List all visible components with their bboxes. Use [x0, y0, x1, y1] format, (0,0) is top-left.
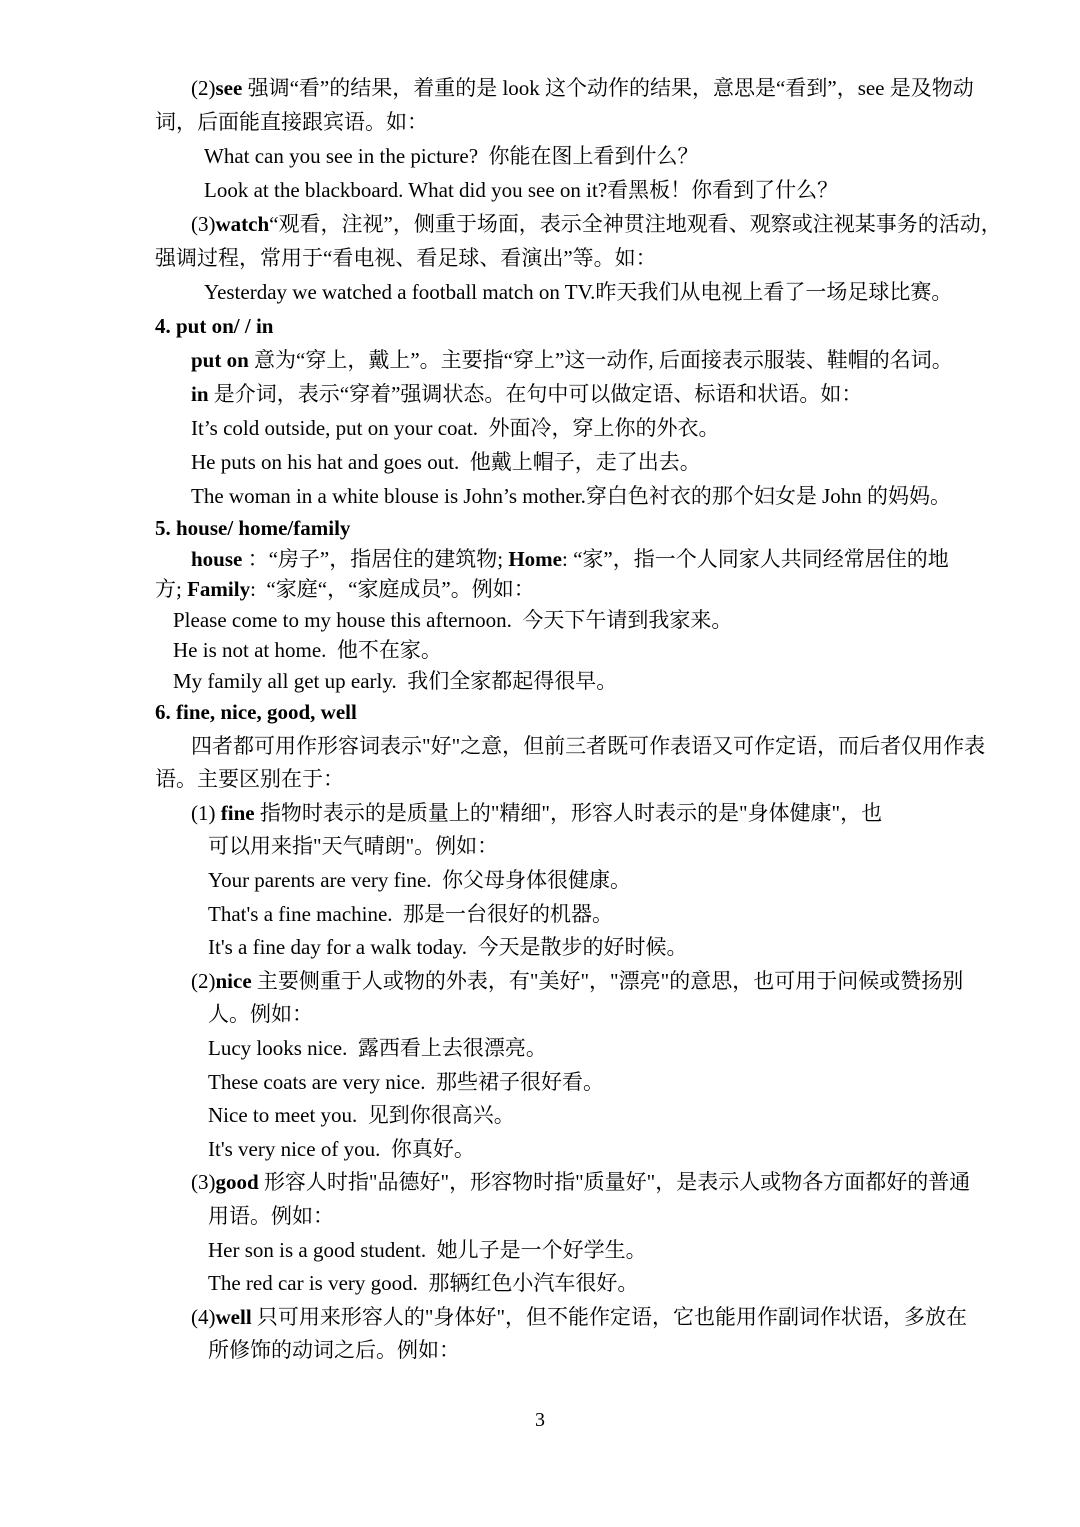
term-text: house: [191, 547, 242, 571]
body-text: 人。例如：: [208, 1002, 313, 1026]
body-text: Please come to my house this afternoon. …: [173, 608, 732, 632]
body-text: (3): [191, 1170, 216, 1194]
heading-line: 4. put on/ / in: [155, 309, 955, 343]
body-text: Nice to meet you. 见到你很高兴。: [208, 1103, 515, 1127]
section-house-home-family: 5. house/ home/familyhouse ：“房子”，指居住的建筑物…: [155, 513, 955, 696]
body-text: Yesterday we watched a football match on…: [204, 280, 952, 304]
body-text: (2): [191, 969, 216, 993]
text-line: 可以用来指"天气晴朗"。例如：: [155, 830, 955, 864]
body-text: Your parents are very fine. 你父母身体很健康。: [208, 868, 631, 892]
section-fine-nice-good-well: 6. fine, nice, good, well四者都可用作形容词表示"好"之…: [155, 696, 955, 1368]
body-text: 主要侧重于人或物的外表，有"美好"，"漂亮"的意思，也可用于问候或赞扬别: [252, 969, 964, 993]
text-line: 所修饰的动词之后。例如：: [155, 1334, 955, 1368]
term-text: fine: [221, 801, 255, 825]
page-number: 3: [0, 1408, 1080, 1432]
body-text: 是介词，表示“穿着”强调状态。在句中可以做定语、标语和状语。如：: [209, 382, 863, 406]
text-line: (2)see 强调“看”的结果，着重的是 look 这个动作的结果，意思是“看到…: [155, 71, 955, 105]
section-look-see-watch: (2)see 强调“看”的结果，着重的是 look 这个动作的结果，意思是“看到…: [155, 71, 955, 309]
text-line: The red car is very good. 那辆红色小汽车很好。: [155, 1267, 955, 1301]
text-line: Yesterday we watched a football match on…: [155, 275, 955, 309]
text-line: These coats are very nice. 那些裙子很好看。: [155, 1066, 955, 1100]
body-text: (3): [191, 212, 216, 236]
heading-line: 5. house/ home/family: [155, 513, 955, 544]
page-content: (2)see 强调“看”的结果，着重的是 look 这个动作的结果，意思是“看到…: [155, 71, 955, 1368]
body-text: 形容人时指"品德好"，形容物时指"质量好"，是表示人或物各方面都好的普通: [259, 1170, 971, 1194]
body-text: : “家庭“，“家庭成员”。例如：: [250, 577, 535, 601]
text-line: 语。主要区别在于：: [155, 763, 955, 797]
term-text: 5. house/ home/family: [155, 516, 350, 540]
text-line: Nice to meet you. 见到你很高兴。: [155, 1099, 955, 1133]
heading-line: 6. fine, nice, good, well: [155, 696, 955, 730]
body-text: 只可用来形容人的"身体好"，但不能作定语，它也能用作副词作状语，多放在: [252, 1305, 967, 1329]
body-text: Look at the blackboard. What did you see…: [204, 178, 838, 202]
body-text: 用语。例如：: [208, 1204, 334, 1228]
body-text: 强调过程，常用于“看电视、看足球、看演出”等。如：: [155, 246, 657, 270]
body-text: 意为“穿上，戴上”。主要指“穿上”这一动作, 后面接表示服装、鞋帽的名词。: [249, 348, 953, 372]
term-text: Home: [508, 547, 562, 571]
body-text: The woman in a white blouse is John’s mo…: [191, 484, 951, 508]
text-line: It’s cold outside, put on your coat. 外面冷…: [155, 411, 955, 445]
body-text: That's a fine machine. 那是一台很好的机器。: [208, 902, 613, 926]
body-text: 指物时表示的是质量上的"精细"，形容人时表示的是"身体健康"，也: [255, 801, 883, 825]
body-text: What can you see in the picture? 你能在图上看到…: [204, 144, 699, 168]
body-text: 所修饰的动词之后。例如：: [208, 1338, 460, 1362]
term-text: Family: [187, 577, 250, 601]
text-line: 方; Family: “家庭“，“家庭成员”。例如：: [155, 574, 955, 605]
text-line: (3)watch“观看，注视”，侧重于场面，表示全神贯注地观看、观察或注视某事务…: [155, 207, 955, 241]
body-text: These coats are very nice. 那些裙子很好看。: [208, 1070, 604, 1094]
text-line: It's a fine day for a walk today. 今天是散步的…: [155, 931, 955, 965]
body-text: (2): [191, 76, 216, 100]
section-put-on-in: 4. put on/ / input on 意为“穿上，戴上”。主要指“穿上”这…: [155, 309, 955, 513]
text-line: (4)well 只可用来形容人的"身体好"，但不能作定语，它也能用作副词作状语，…: [155, 1301, 955, 1335]
text-line: 人。例如：: [155, 998, 955, 1032]
term-text: good: [216, 1170, 259, 1194]
text-line: (1) fine 指物时表示的是质量上的"精细"，形容人时表示的是"身体健康"，…: [155, 797, 955, 831]
body-text: (1): [191, 801, 221, 825]
text-line: Your parents are very fine. 你父母身体很健康。: [155, 864, 955, 898]
text-line: (3)good 形容人时指"品德好"，形容物时指"质量好"，是表示人或物各方面都…: [155, 1166, 955, 1200]
body-text: 强调“看”的结果，着重的是 look 这个动作的结果，意思是“看到”，see 是…: [242, 76, 973, 100]
text-line: Lucy looks nice. 露西看上去很漂亮。: [155, 1032, 955, 1066]
text-line: My family all get up early. 我们全家都起得很早。: [155, 666, 955, 697]
text-line: 强调过程，常用于“看电视、看足球、看演出”等。如：: [155, 241, 955, 275]
term-text: 6. fine, nice, good, well: [155, 700, 357, 724]
body-text: 词，后面能直接跟宾语。如：: [155, 110, 428, 134]
term-text: well: [216, 1305, 252, 1329]
body-text: Lucy looks nice. 露西看上去很漂亮。: [208, 1036, 547, 1060]
text-line: Please come to my house this afternoon. …: [155, 605, 955, 636]
body-text: 可以用来指"天气晴朗"。例如：: [208, 834, 498, 858]
document-page: (2)see 强调“看”的结果，着重的是 look 这个动作的结果，意思是“看到…: [0, 0, 1080, 1527]
text-line: It's very nice of you. 你真好。: [155, 1133, 955, 1167]
term-text: nice: [216, 969, 252, 993]
body-text: He puts on his hat and goes out. 他戴上帽子，走…: [191, 450, 701, 474]
text-line: (2)nice 主要侧重于人或物的外表，有"美好"，"漂亮"的意思，也可用于问候…: [155, 965, 955, 999]
term-text: see: [216, 76, 243, 100]
text-line: That's a fine machine. 那是一台很好的机器。: [155, 898, 955, 932]
body-text: 四者都可用作形容词表示"好"之意，但前三者既可作表语又可作定语，而后者仅用作表: [191, 734, 985, 758]
text-line: The woman in a white blouse is John’s mo…: [155, 479, 955, 513]
body-text: 语。主要区别在于：: [155, 767, 344, 791]
text-line: He is not at home. 他不在家。: [155, 635, 955, 666]
body-text: It's very nice of you. 你真好。: [208, 1137, 475, 1161]
term-text: put on: [191, 348, 249, 372]
body-text: He is not at home. 他不在家。: [173, 638, 442, 662]
body-text: My family all get up early. 我们全家都起得很早。: [173, 669, 617, 693]
body-text: The red car is very good. 那辆红色小汽车很好。: [208, 1271, 638, 1295]
term-text: watch: [216, 212, 270, 236]
text-line: 词，后面能直接跟宾语。如：: [155, 105, 955, 139]
term-text: in: [191, 382, 209, 406]
body-text: It’s cold outside, put on your coat. 外面冷…: [191, 416, 719, 440]
text-line: put on 意为“穿上，戴上”。主要指“穿上”这一动作, 后面接表示服装、鞋帽…: [155, 343, 955, 377]
text-line: What can you see in the picture? 你能在图上看到…: [155, 139, 955, 173]
text-line: 用语。例如：: [155, 1200, 955, 1234]
text-line: Her son is a good student. 她儿子是一个好学生。: [155, 1234, 955, 1268]
text-line: house ：“房子”，指居住的建筑物; Home: “家”，指一个人同家人共同…: [155, 544, 955, 575]
text-line: Look at the blackboard. What did you see…: [155, 173, 955, 207]
text-line: 四者都可用作形容词表示"好"之意，但前三者既可作表语又可作定语，而后者仅用作表: [155, 730, 955, 764]
body-text: : “家”，指一个人同家人共同经常居住的地: [562, 547, 949, 571]
text-line: He puts on his hat and goes out. 他戴上帽子，走…: [155, 445, 955, 479]
body-text: “观看，注视”，侧重于场面，表示全神贯注地观看、观察或注视某事务的活动，: [269, 212, 1002, 236]
term-text: 4. put on/ / in: [155, 314, 273, 338]
body-text: Her son is a good student. 她儿子是一个好学生。: [208, 1238, 647, 1262]
body-text: 方;: [155, 577, 187, 601]
body-text: (4): [191, 1305, 216, 1329]
text-line: in 是介词，表示“穿着”强调状态。在句中可以做定语、标语和状语。如：: [155, 377, 955, 411]
body-text: It's a fine day for a walk today. 今天是散步的…: [208, 935, 688, 959]
body-text: ：“房子”，指居住的建筑物;: [242, 547, 508, 571]
